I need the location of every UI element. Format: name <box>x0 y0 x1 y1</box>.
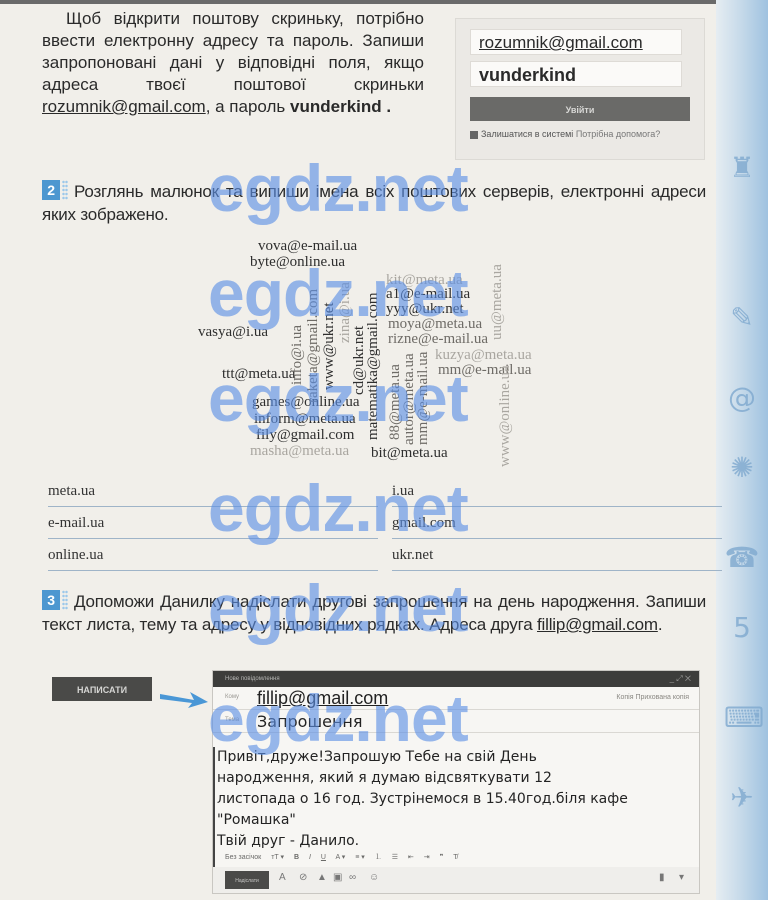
textbook-page: ♜ ✎ @ ✺ ☎ 5 ⌨ ✈ Щоб відкрити поштову скр… <box>0 0 768 900</box>
to-row: Кому fillip@gmail.com Копія Прихована ко… <box>213 687 699 710</box>
help-link[interactable]: Потрібна допомога? <box>576 129 660 139</box>
numbered-list-icon[interactable]: ⒈ <box>375 854 382 861</box>
italic-icon[interactable]: I <box>309 854 311 861</box>
photo-icon[interactable]: ▣ <box>333 872 342 883</box>
cloud-address: mm@e-mail.ua <box>438 363 531 378</box>
remember-row: Залишатися в системі Потрібна допомога? <box>470 129 660 139</box>
keyboard-icon: ⌨ <box>724 700 760 736</box>
cloud-address-vertical: www@ukr.net <box>322 302 337 390</box>
cloud-address-vertical: mm@e-mail.ua <box>416 352 431 445</box>
task-number-badge: 2 <box>42 180 60 200</box>
remember-checkbox[interactable] <box>470 131 478 139</box>
cloud-address: byte@online.ua <box>250 255 345 270</box>
task-3-text-end: . <box>658 615 663 634</box>
cloud-address-vertical: matematika@gmail.com <box>366 292 381 440</box>
compose-window: Нове повідомлення _ ⤢ ✕ Кому fillip@gmai… <box>212 670 700 894</box>
at-sign-icon: @ <box>724 380 760 416</box>
clear-format-icon[interactable]: T̸ <box>453 854 457 861</box>
subject-field[interactable]: Запрошення <box>257 712 363 731</box>
drive-icon[interactable]: ▲ <box>317 872 327 883</box>
send-bar: Надіслати A ⊘ ▲ ▣ ∞ ☺ ▮ ▾ <box>213 867 699 893</box>
answer-line[interactable]: online.ua <box>48 542 378 571</box>
cloud-address: kuzya@meta.ua <box>435 348 532 363</box>
message-body[interactable]: Привіт,друже!Запрошую Тебе на свій День … <box>213 747 697 852</box>
font-select[interactable]: Без засічок <box>225 854 261 861</box>
task-3: 3Допоможи Данилку надіслати другові запр… <box>42 590 706 636</box>
intro-email: rozumnik@gmail.com <box>42 97 206 116</box>
password-field[interactable]: vunderkind <box>470 61 682 87</box>
arrow-right-icon <box>160 690 208 708</box>
cloud-address-vertical: raketa@gmail.com <box>306 289 321 403</box>
dots-decoration <box>62 180 68 200</box>
cloud-address: inform@meta.ua <box>254 412 356 427</box>
number-five-icon: 5 <box>724 610 760 646</box>
cloud-address: vova@e-mail.ua <box>258 239 357 254</box>
text-color-icon[interactable]: A ▾ <box>336 854 346 861</box>
more-options-icon[interactable]: ▾ <box>679 872 684 883</box>
answer-line[interactable]: gmail.com <box>392 510 722 539</box>
intro-text: Щоб відкрити поштову скриньку, потрібно … <box>42 9 424 94</box>
to-field[interactable]: fillip@gmail.com <box>257 688 388 709</box>
underline-icon[interactable]: U <box>321 854 326 861</box>
intro-password: vunderkind <box>290 97 382 116</box>
intro-text-middle: , а пароль <box>206 97 290 116</box>
subject-label: Тема <box>225 717 239 723</box>
compose-button[interactable]: НАПИСАТИ <box>52 677 152 701</box>
answer-line[interactable]: i.ua <box>392 478 722 507</box>
cloud-address: rizne@e-mail.ua <box>388 332 488 347</box>
satellite-icon: ✈ <box>724 780 760 816</box>
align-icon[interactable]: ≡ ▾ <box>355 854 365 861</box>
answer-line[interactable]: ukr.net <box>392 542 722 571</box>
cloud-address: bit@meta.ua <box>371 446 448 461</box>
formatting-toolbar: Без засічок тT ▾ B I U A ▾ ≡ ▾ ⒈ ☰ ⇤ ⇥ ❞… <box>225 849 685 868</box>
email-address-cloud: vova@e-mail.ua byte@online.ua vasya@i.ua… <box>190 235 590 475</box>
email-field[interactable]: rozumnik@gmail.com <box>470 29 682 55</box>
dots-decoration <box>62 590 68 610</box>
bold-icon[interactable]: B <box>294 854 299 861</box>
task-number-badge: 3 <box>42 590 60 610</box>
intro-text-end: . <box>382 97 391 116</box>
indent-less-icon[interactable]: ⇤ <box>408 854 414 861</box>
login-form: rozumnik@gmail.com vunderkind Увійти Зал… <box>455 18 705 160</box>
emoji-icon[interactable]: ☺ <box>369 872 379 883</box>
cloud-address-vertical: uu@meta.ua <box>490 264 505 340</box>
subject-row: Тема Запрошення <box>213 710 699 733</box>
cloud-address: ttt@meta.ua <box>222 367 295 382</box>
hat-icon: ♜ <box>724 150 760 186</box>
decorative-side-strip: ♜ ✎ @ ✺ ☎ 5 ⌨ ✈ <box>716 0 768 900</box>
mouse-icon: ✎ <box>724 300 760 336</box>
friend-email: fillip@gmail.com <box>537 615 658 634</box>
bulleted-list-icon[interactable]: ☰ <box>392 854 398 861</box>
cloud-address: yyy@ukr.net <box>386 302 464 317</box>
cloud-address: moya@meta.ua <box>388 317 482 332</box>
top-rule <box>0 0 768 4</box>
task-2-text: Розглянь малюнок та випиши імена всіх по… <box>42 182 706 224</box>
attach-icon[interactable]: ⊘ <box>299 872 307 883</box>
format-text-icon[interactable]: A <box>279 872 286 883</box>
task-2: 2Розглянь малюнок та випиши імена всіх п… <box>42 180 706 226</box>
send-button[interactable]: Надіслати <box>225 871 269 889</box>
cloud-address-vertical: info@i.ua <box>290 325 305 385</box>
login-button[interactable]: Увійти <box>470 97 690 121</box>
cloud-address-vertical: www@online.ua <box>498 365 513 467</box>
cloud-address: fily@gmail.com <box>256 428 354 443</box>
cloud-address: a1@e-mail.ua <box>386 287 470 302</box>
window-controls[interactable]: _ ⤢ ✕ <box>670 671 691 687</box>
cc-bcc-links[interactable]: Копія Прихована копія <box>616 694 689 701</box>
trash-icon[interactable]: ▮ <box>659 872 665 883</box>
font-size-icon[interactable]: тT ▾ <box>271 854 284 861</box>
to-label: Кому <box>225 694 239 700</box>
cloud-address: vasya@i.ua <box>198 325 268 340</box>
link-icon[interactable]: ∞ <box>349 872 356 883</box>
globe-icon: ✺ <box>724 450 760 486</box>
cloud-address: masha@meta.ua <box>250 444 349 459</box>
answer-line[interactable]: meta.ua <box>48 478 378 507</box>
intro-paragraph: Щоб відкрити поштову скриньку, потрібно … <box>42 8 424 118</box>
remember-label: Залишатися в системі <box>481 129 573 139</box>
quote-icon[interactable]: ❞ <box>440 854 444 861</box>
compose-title-bar: Нове повідомлення _ ⤢ ✕ <box>213 671 699 687</box>
phone-icon: ☎ <box>724 540 760 576</box>
answer-line[interactable]: e-mail.ua <box>48 510 378 539</box>
compose-title: Нове повідомлення <box>225 676 280 682</box>
indent-more-icon[interactable]: ⇥ <box>424 854 430 861</box>
